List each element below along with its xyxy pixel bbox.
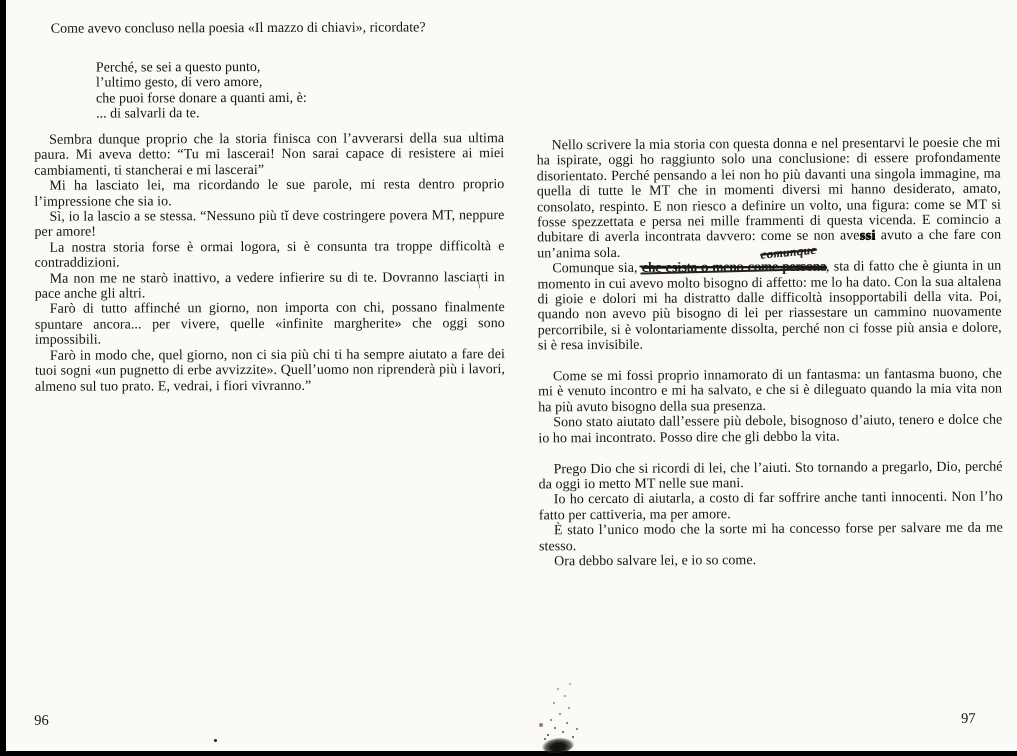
paragraph: Nello scrivere la mia storia con questa … bbox=[537, 136, 1002, 262]
stray-ink-dot bbox=[214, 739, 217, 742]
paragraph: Io ho cercato di aiutarla, a costo di fa… bbox=[539, 490, 1003, 524]
paragraph: Sembra dunque proprio che la storia fini… bbox=[34, 131, 504, 179]
paragraph: Farò di tutto affinché un giorno, non im… bbox=[35, 301, 505, 349]
paragraph: È stato l’unico modo che la sorte mi ha … bbox=[539, 521, 1003, 555]
paragraph: Ora debbo salvare lei, e io so come. bbox=[539, 551, 1003, 569]
poem-line: ... di salvarli da te. bbox=[96, 106, 307, 122]
poem-line: Perché, se sei a questo punto, bbox=[96, 60, 307, 76]
poem-line: che puoi forse donare a quanti ami, è: bbox=[96, 90, 307, 106]
paragraph: Comunque sia, che esista o meno come per… bbox=[537, 259, 1002, 354]
paragraph: Sì, io la lascio a se stessa. “Nessuno p… bbox=[34, 208, 504, 240]
paragraph: Mi ha lasciato lei, ma ricordando le sue… bbox=[34, 177, 504, 209]
page-right: Nello scrivere la mia storia con questa … bbox=[513, 0, 1017, 756]
paragraph: Farò in modo che, quel giorno, non ci si… bbox=[35, 347, 505, 395]
right-page-body: Nello scrivere la mia storia con questa … bbox=[537, 136, 1004, 570]
poem-line: l’ultimo gesto, di vero amore, bbox=[96, 75, 307, 91]
book-page-scan: Come avevo concluso nella poesia «Il maz… bbox=[0, 0, 1017, 756]
intro-line: Come avevo concluso nella poesia «Il maz… bbox=[51, 20, 507, 37]
overwritten-letters: ssi bbox=[859, 229, 875, 244]
paragraph: La nostra storia forse è ormai logora, s… bbox=[35, 239, 505, 271]
poem-block: Perché, se sei a questo punto,l’ultimo g… bbox=[96, 60, 307, 122]
page-number-left: 96 bbox=[34, 713, 49, 730]
paragraph: Come se mi fossi proprio innamorato di u… bbox=[538, 367, 1002, 416]
paragraph: Ma non me ne starò inattivo, a vedere in… bbox=[35, 270, 505, 302]
paragraph: Sono stato aiutato dall’essere più debol… bbox=[538, 413, 1002, 447]
struck-out-text: che esista o meno come personacomunque bbox=[642, 260, 826, 276]
paragraph: Prego Dio che si ricordi di lei, che l’a… bbox=[539, 459, 1003, 493]
page-left: Come avevo concluso nella poesia «Il maz… bbox=[0, 0, 516, 756]
page-number-right: 97 bbox=[961, 711, 976, 728]
left-page-body: Sembra dunque proprio che la storia fini… bbox=[34, 131, 505, 395]
